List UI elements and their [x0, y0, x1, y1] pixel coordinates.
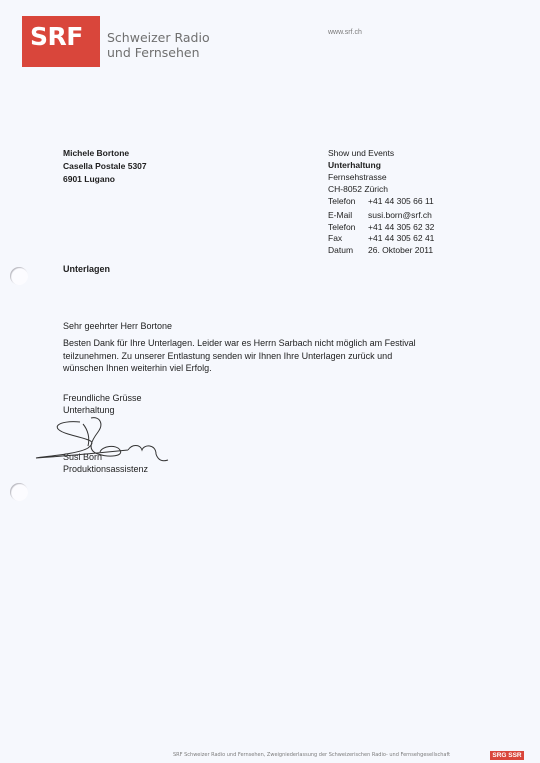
- contact-value: +41 44 305 62 32: [368, 222, 434, 234]
- sender-phone: +41 44 305 66 11: [368, 195, 434, 207]
- punch-hole: [10, 483, 28, 501]
- punch-hole: [10, 267, 28, 285]
- contact-label: Fax: [328, 233, 368, 245]
- contact-label: E-Mail: [328, 210, 368, 222]
- brand-line-1: Schweizer Radio: [107, 30, 210, 45]
- sender-street: Fernsehstrasse: [328, 171, 434, 183]
- contact-label: Datum: [328, 245, 368, 257]
- sender-department: Show und Events: [328, 147, 434, 159]
- contact-value: 26. Oktober 2011: [368, 245, 433, 257]
- recipient-address-line-2: 6901 Lugano: [63, 173, 147, 186]
- sender-phone-row: Telefon +41 44 305 66 11: [328, 195, 434, 207]
- footer-text: SRF Schweizer Radio und Fernsehen, Zweig…: [173, 752, 450, 758]
- contact-value: +41 44 305 62 41: [368, 233, 434, 245]
- letter-subject: Unterlagen: [63, 264, 110, 274]
- sender-city: CH-8052 Zürich: [328, 183, 434, 195]
- logo-text: SRF: [30, 22, 83, 51]
- signer-name: Susi Born: [63, 451, 148, 463]
- recipient-name: Michele Bortone: [63, 147, 147, 160]
- website: www.srf.ch: [328, 29, 362, 36]
- recipient-address-line-1: Casella Postale 5307: [63, 160, 147, 173]
- contact-row-fax: Fax +41 44 305 62 41: [328, 233, 434, 245]
- sender-block: Show und Events Unterhaltung Fernsehstra…: [328, 147, 434, 207]
- contact-label: Telefon: [328, 222, 368, 234]
- contact-block: E-Mail susi.born@srf.ch Telefon +41 44 3…: [328, 210, 434, 256]
- contact-row-date: Datum 26. Oktober 2011: [328, 245, 434, 257]
- srg-ssr-logo: SRG SSR: [490, 751, 524, 760]
- brand-line-2: und Fernsehen: [107, 45, 210, 60]
- contact-row-phone: Telefon +41 44 305 62 32: [328, 222, 434, 234]
- closing: Freundliche Grüsse: [63, 392, 142, 404]
- contact-value: susi.born@srf.ch: [368, 210, 432, 222]
- signer-title: Produktionsassistenz: [63, 463, 148, 475]
- sender-phone-label: Telefon: [328, 195, 368, 207]
- letter-body: Besten Dank für Ihre Unterlagen. Leider …: [63, 337, 423, 375]
- brand-name: Schweizer Radio und Fernsehen: [107, 30, 210, 60]
- salutation: Sehr geehrter Herr Bortone: [63, 321, 172, 331]
- contact-row-email: E-Mail susi.born@srf.ch: [328, 210, 434, 222]
- recipient-address: Michele Bortone Casella Postale 5307 690…: [63, 147, 147, 186]
- sender-unit: Unterhaltung: [328, 159, 434, 171]
- signer-block: Susi Born Produktionsassistenz: [63, 451, 148, 475]
